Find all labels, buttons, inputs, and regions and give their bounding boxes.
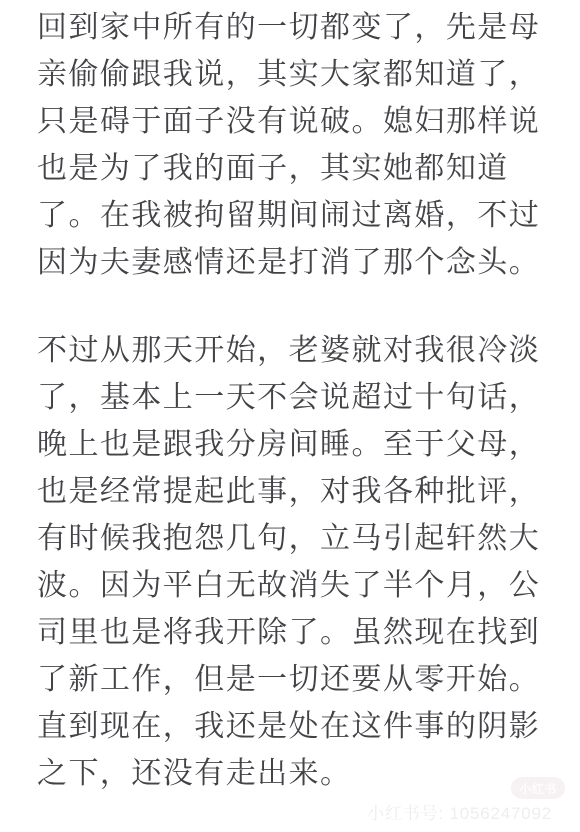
xiaohongshu-logo-label: 小红书 (519, 780, 557, 797)
paragraph-2: 不过从那天开始，老婆就对我很冷淡了，基本上一天不会说超过十句话，晚上也是跟我分房… (37, 327, 547, 797)
text-line: 直到现在，我还是处在这件事的阴影 (37, 703, 547, 750)
text-line: 也是为了我的面子，其实她都知道 (37, 145, 547, 192)
text-line: 只是碍于面子没有说破。媳妇那样说 (37, 98, 547, 145)
text-line: 有时候我抱怨几句，立马引起轩然大 (37, 515, 547, 562)
paragraph-1: 回到家中所有的一切都变了，先是母亲偷偷跟我说，其实大家都知道了，只是碍于面子没有… (37, 4, 547, 286)
post-page: 回到家中所有的一切都变了，先是母亲偷偷跟我说，其实大家都知道了，只是碍于面子没有… (0, 0, 580, 832)
post-text: 回到家中所有的一切都变了，先是母亲偷偷跟我说，其实大家都知道了，只是碍于面子没有… (37, 4, 547, 797)
text-line: 亲偷偷跟我说，其实大家都知道了， (37, 51, 547, 98)
text-line: 回到家中所有的一切都变了，先是母 (37, 4, 547, 51)
xiaohongshu-id-watermark: 小红书号: 1056247092 (367, 799, 552, 824)
text-line: 之下，还没有走出来。 (37, 750, 547, 797)
text-line: 也是经常提起此事，对我各种批评， (37, 468, 547, 515)
text-line: 了新工作，但是一切还要从零开始。 (37, 656, 547, 703)
text-line: 不过从那天开始，老婆就对我很冷淡 (37, 327, 547, 374)
text-line: 晚上也是跟我分房间睡。至于父母， (37, 421, 547, 468)
xiaohongshu-logo-badge: 小红书 (511, 777, 565, 799)
text-line: 了，基本上一天不会说超过十句话， (37, 374, 547, 421)
text-line: 了。在我被拘留期间闹过离婚，不过 (37, 192, 547, 239)
text-line: 波。因为平白无故消失了半个月，公 (37, 562, 547, 609)
text-line: 因为夫妻感情还是打消了那个念头。 (37, 239, 547, 286)
text-line: 司里也是将我开除了。虽然现在找到 (37, 609, 547, 656)
